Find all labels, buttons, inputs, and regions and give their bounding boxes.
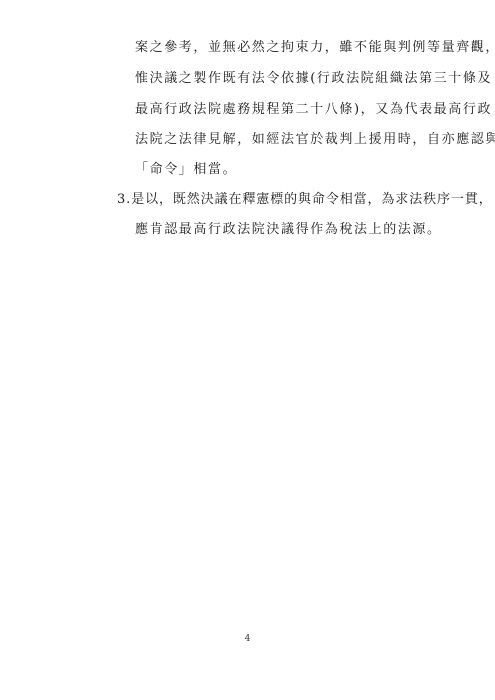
text-line: 最高行政法院處務規程第二十八條)，又為代表最高行政 xyxy=(135,102,492,118)
text-line: 惟決議之製作既有法令依據(行政法院組織法第三十條及 xyxy=(135,71,492,87)
text-line: 「命令」相當。 xyxy=(135,162,237,178)
document-page: 案之參考，並無必然之拘束力，雖不能與判例等量齊觀， 惟決議之製作既有法令依據(行… xyxy=(0,0,495,700)
page-number: 4 xyxy=(0,634,495,644)
text-line: 法院之法律見解，如經法官於裁判上援用時，自亦應認與 xyxy=(135,132,495,148)
text-line: 案之參考，並無必然之拘束力，雖不能與判例等量齊觀， xyxy=(135,40,495,56)
text-line: 應肯認最高行政法院決議得作為稅法上的法源。 xyxy=(135,222,442,238)
numbered-paragraph-3: 3.是以，既然決議在釋憲標的與命令相當，為求法秩序一貫， xyxy=(117,192,493,208)
